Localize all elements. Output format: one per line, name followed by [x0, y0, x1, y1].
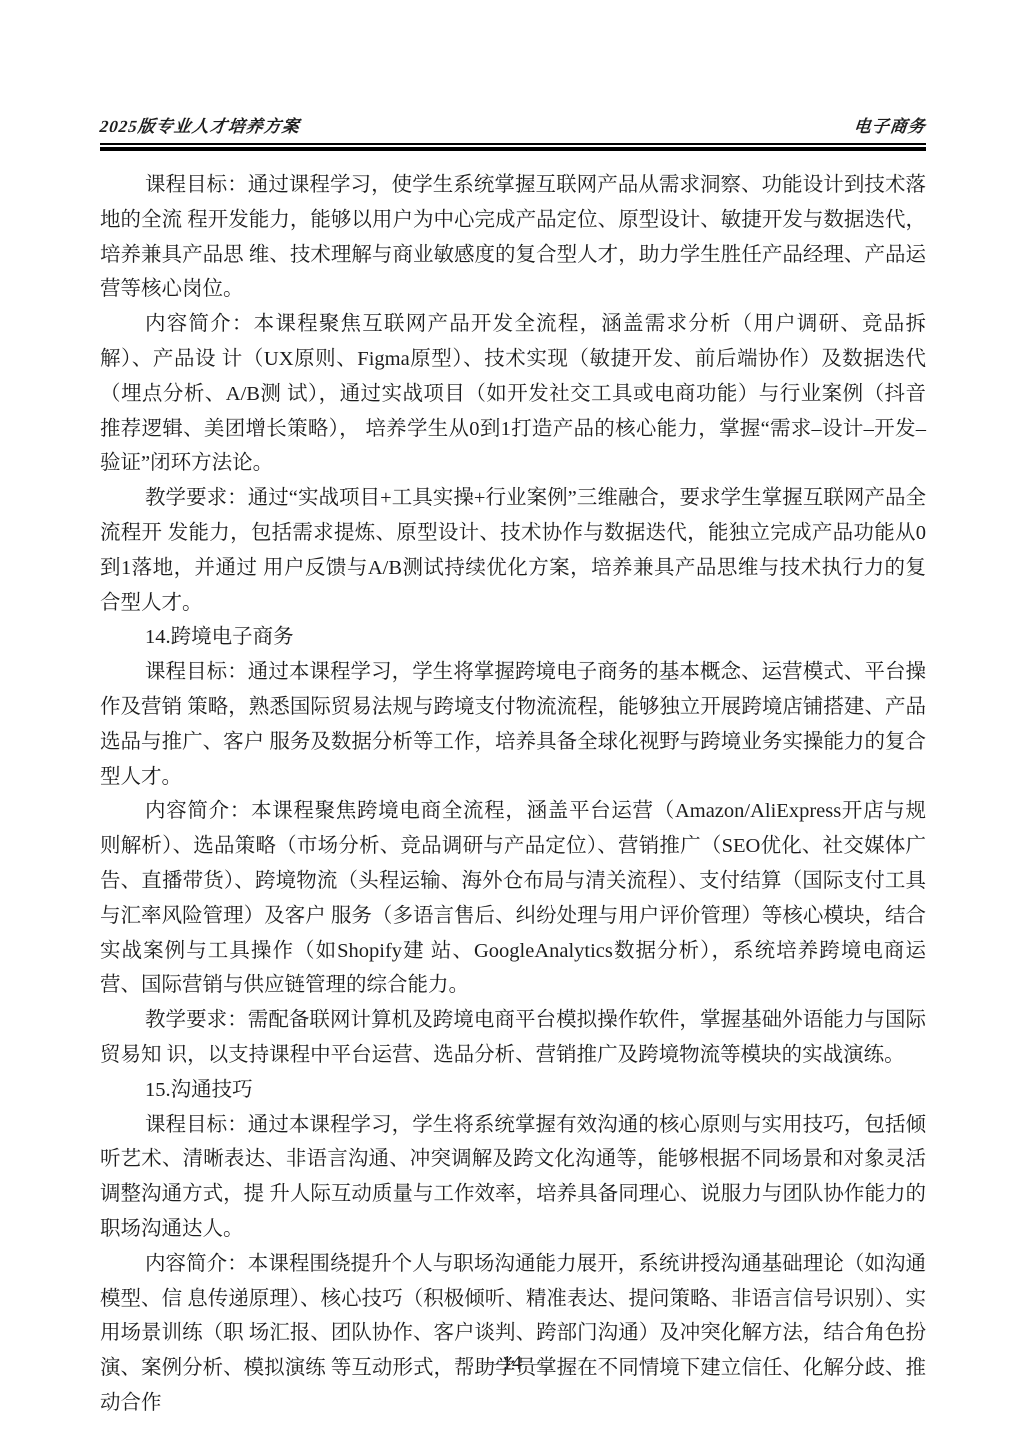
- body-paragraph-content-intro: 内容简介：本课程聚焦互联网产品开发全流程，涵盖需求分析（用户调研、竞品拆解）、产…: [100, 307, 926, 481]
- body-paragraph-teaching-requirements: 教学要求：需配备联网计算机及跨境电商平台模拟操作软件，掌握基础外语能力与国际贸易…: [100, 1003, 926, 1073]
- header-left-title: 2025版专业人才培养方案: [99, 112, 302, 137]
- page-header: 2025版专业人才培养方案 电子商务: [100, 112, 926, 137]
- document-page: 2025版专业人才培养方案 电子商务 课程目标：通过课程学习，使学生系统掌握互联…: [0, 0, 1024, 1448]
- page-number-right-dash: —: [523, 1352, 543, 1374]
- header-divider-rule: [100, 143, 926, 151]
- document-body: 课程目标：通过课程学习，使学生系统掌握互联网产品从需求洞察、功能设计到技术落地的…: [100, 168, 926, 1421]
- page-footer: —14—: [0, 1352, 1024, 1375]
- body-paragraph-course-objective: 课程目标：通过本课程学习，学生将系统掌握有效沟通的核心原则与实用技巧，包括倾听艺…: [100, 1108, 926, 1247]
- section-heading-14-cross-border-ecommerce: 14.跨境电子商务: [100, 620, 926, 655]
- header-divider-thin-line: [100, 143, 926, 145]
- body-paragraph-course-objective: 课程目标：通过本课程学习，学生将掌握跨境电子商务的基本概念、运营模式、平台操作及…: [100, 655, 926, 794]
- header-right-title: 电子商务: [853, 112, 928, 137]
- body-paragraph-content-intro-truncated: 内容简介：本课程围绕提升个人与职场沟通能力展开，系统讲授沟通基础理论（如沟通模型…: [100, 1247, 926, 1421]
- header-divider-thick-line: [100, 147, 926, 151]
- body-paragraph-teaching-requirements: 教学要求：通过“实战项目+工具实操+行业案例”三维融合，要求学生掌握互联网产品全…: [100, 481, 926, 620]
- page-number-left-dash: —: [481, 1352, 501, 1374]
- section-heading-15-communication-skills: 15.沟通技巧: [100, 1073, 926, 1108]
- body-paragraph-course-objective: 课程目标：通过课程学习，使学生系统掌握互联网产品从需求洞察、功能设计到技术落地的…: [100, 168, 926, 307]
- page-number: 14: [501, 1352, 523, 1374]
- body-paragraph-content-intro: 内容简介：本课程聚焦跨境电商全流程，涵盖平台运营（Amazon/AliExpre…: [100, 794, 926, 1003]
